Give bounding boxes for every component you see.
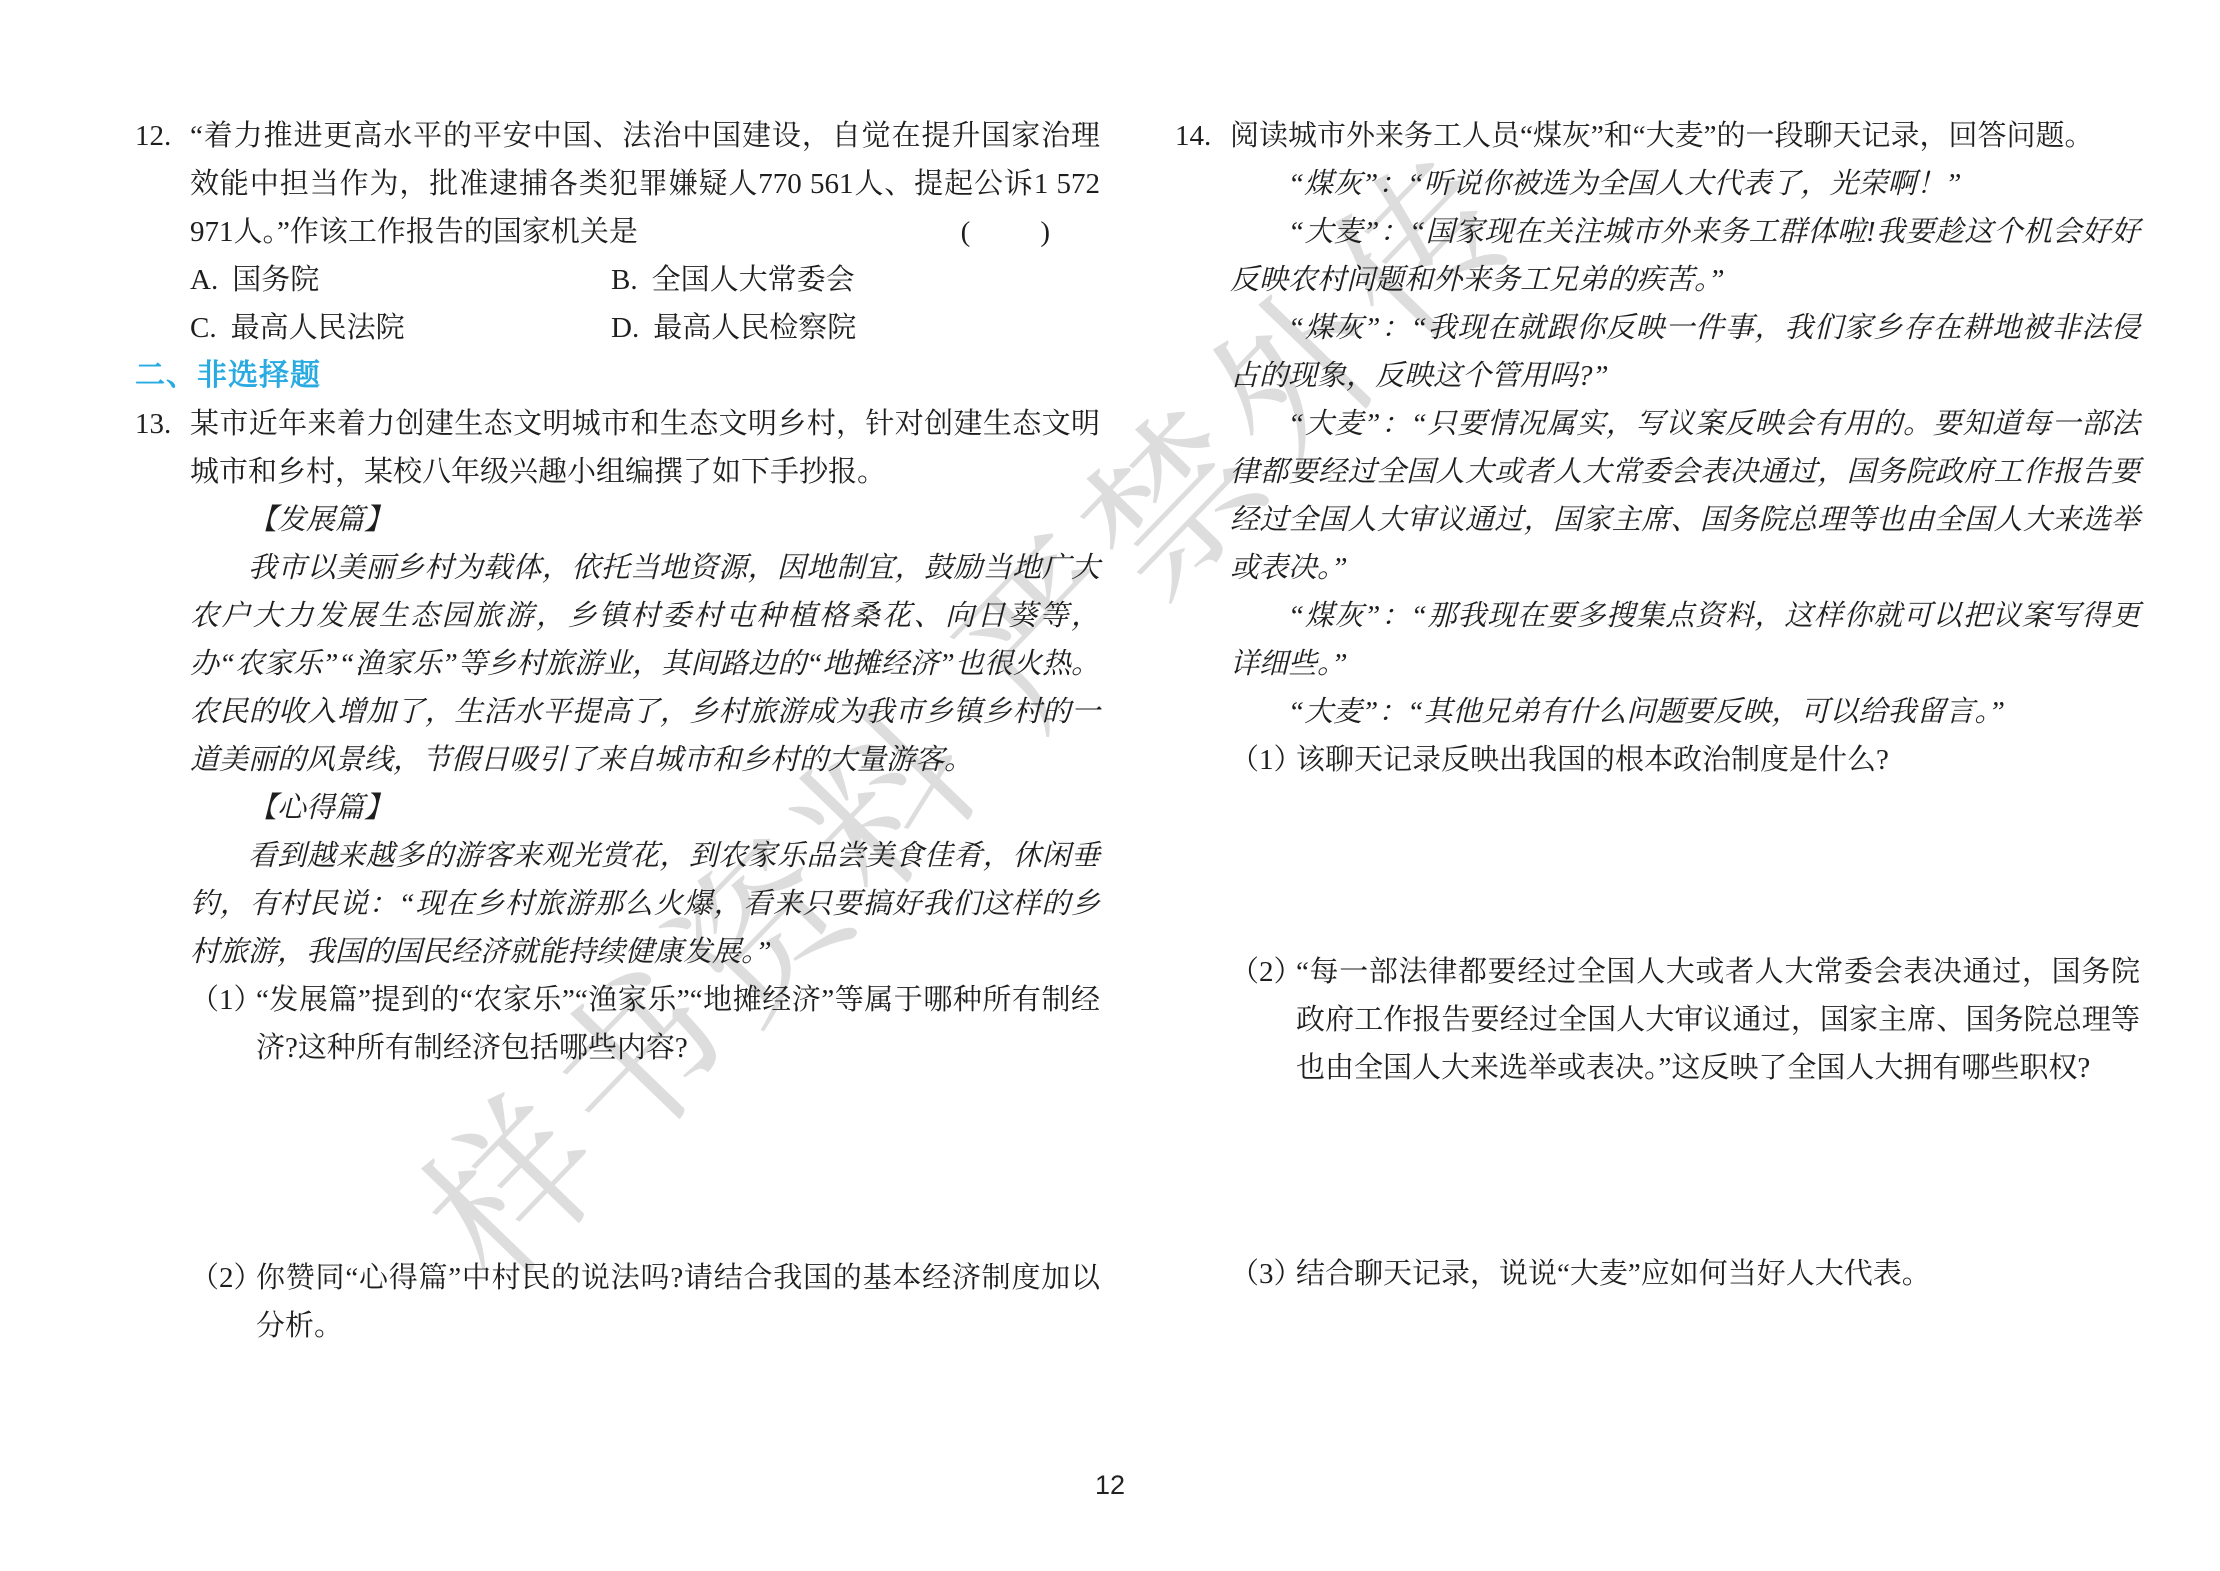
chat-line-5: “煤灰”：“那我现在要多搜集点资料，这样你就可以把议案写得更详细些。” <box>1230 592 2140 688</box>
chat-line-1: “煤灰”：“听说你被选为全国人大代表了，光荣啊！” <box>1230 160 2140 208</box>
option-a: A.国务院 <box>190 256 611 304</box>
question-12: 12. “着力推进更高水平的平安中国、法治中国建设，自觉在提升国家治理效能中担当… <box>135 112 1100 352</box>
question-13: 13. 某市近年来着力创建生态文明城市和生态文明乡村，针对创建生态文明城市和乡村… <box>135 400 1100 1350</box>
question-13-sub-1-number: （1） <box>190 976 263 1024</box>
question-13-body: 某市近年来着力创建生态文明城市和生态文明乡村，针对创建生态文明城市和乡村，某校八… <box>190 400 1100 1350</box>
question-13-number: 13. <box>135 400 189 448</box>
option-c-label: C. <box>190 304 217 352</box>
option-a-label: A. <box>190 256 218 304</box>
question-14-number: 14. <box>1175 112 1229 160</box>
question-14-body: 阅读城市外来务工人员“煤灰”和“大麦”的一段聊天记录，回答问题。 “煤灰”：“听… <box>1230 112 2140 1298</box>
chat-line-4: “大麦”：“只要情况属实，写议案反映会有用的。要知道每一部法律都要经过全国人大或… <box>1230 400 2140 592</box>
question-14-sub-2-text: “每一部法律都要经过全国人大或者人大常委会表决通过，国务院政府工作报告要经过全国… <box>1296 956 2140 1084</box>
question-14-sub-2: （2） “每一部法律都要经过全国人大或者人大常委会表决通过，国务院政府工作报告要… <box>1230 948 2140 1092</box>
reflection-section-heading: 【心得篇】 <box>248 784 1100 832</box>
option-a-text: 国务院 <box>232 264 319 296</box>
development-section-heading: 【发展篇】 <box>248 496 1100 544</box>
question-13-sub-2-number: （2） <box>190 1254 263 1302</box>
left-column: 12. “着力推进更高水平的平安中国、法治中国建设，自觉在提升国家治理效能中担当… <box>135 112 1100 1350</box>
answer-bracket: ( ) <box>961 208 1054 256</box>
development-section-paragraph: 我市以美丽乡村为载体，依托当地资源，因地制宜，鼓励当地广大农户大力发展生态园旅游… <box>190 544 1100 784</box>
question-13-sub-2-text: 你赞同“心得篇”中村民的说法吗?请结合我国的基本经济制度加以分析。 <box>256 1262 1100 1342</box>
section-2-header: 二、非选择题 <box>135 352 1100 400</box>
question-14-sub-1-number: （1） <box>1230 736 1303 784</box>
exam-page: 样书资料 严禁外传 12. “着力推进更高水平的平安中国、法治中国建设，自觉在提… <box>0 0 2220 1571</box>
question-13-sub-1-text: “发展篇”提到的“农家乐”“渔家乐”“地摊经济”等属于哪种所有制经济?这种所有制… <box>256 984 1100 1064</box>
option-d-text: 最高人民检察院 <box>653 312 856 344</box>
page-number: 12 <box>0 1461 2220 1509</box>
reflection-section-paragraph: 看到越来越多的游客来观光赏花，到农家乐品尝美食佳肴，休闲垂钓，有村民说：“现在乡… <box>190 832 1100 976</box>
option-b-text: 全国人大常委会 <box>652 264 855 296</box>
chat-line-3: “煤灰”：“我现在就跟你反映一件事，我们家乡存在耕地被非法侵占的现象，反映这个管… <box>1230 304 2140 400</box>
question-12-stem: “着力推进更高水平的平安中国、法治中国建设，自觉在提升国家治理效能中担当作为，批… <box>190 112 1100 256</box>
question-12-number: 12. <box>135 112 189 160</box>
question-14-sub-2-number: （2） <box>1230 948 1303 996</box>
option-b-label: B. <box>611 256 638 304</box>
option-d-label: D. <box>611 304 639 352</box>
question-14: 14. 阅读城市外来务工人员“煤灰”和“大麦”的一段聊天记录，回答问题。 “煤灰… <box>1175 112 2140 1298</box>
question-12-options: A.国务院 B.全国人大常委会 C.最高人民法院 D.最高人民检察院 <box>190 256 1100 352</box>
chat-line-6: “大麦”：“其他兄弟有什么问题要反映，可以给我留言。” <box>1230 688 2140 736</box>
question-14-sub-3: （3） 结合聊天记录，说说“大麦”应如何当好人大代表。 <box>1230 1250 2140 1298</box>
option-d: D.最高人民检察院 <box>611 304 1100 352</box>
question-13-stem: 某市近年来着力创建生态文明城市和生态文明乡村，针对创建生态文明城市和乡村，某校八… <box>190 400 1100 496</box>
question-13-sub-2: （2） 你赞同“心得篇”中村民的说法吗?请结合我国的基本经济制度加以分析。 <box>190 1254 1100 1350</box>
chat-line-2: “大麦”：“国家现在关注城市外来务工群体啦!我要趁这个机会好好反映农村问题和外来… <box>1230 208 2140 304</box>
question-14-sub-1-text: 该聊天记录反映出我国的根本政治制度是什么? <box>1296 744 1889 776</box>
option-c-text: 最高人民法院 <box>231 312 405 344</box>
right-column: 14. 阅读城市外来务工人员“煤灰”和“大麦”的一段聊天记录，回答问题。 “煤灰… <box>1175 112 2140 1298</box>
question-12-body: “着力推进更高水平的平安中国、法治中国建设，自觉在提升国家治理效能中担当作为，批… <box>190 112 1100 352</box>
option-b: B.全国人大常委会 <box>611 256 1100 304</box>
question-14-sub-3-text: 结合聊天记录，说说“大麦”应如何当好人大代表。 <box>1296 1258 1931 1290</box>
option-c: C.最高人民法院 <box>190 304 611 352</box>
question-14-sub-1: （1） 该聊天记录反映出我国的根本政治制度是什么? <box>1230 736 2140 784</box>
question-13-sub-1: （1） “发展篇”提到的“农家乐”“渔家乐”“地摊经济”等属于哪种所有制经济?这… <box>190 976 1100 1072</box>
question-14-sub-3-number: （3） <box>1230 1250 1303 1298</box>
question-14-stem: 阅读城市外来务工人员“煤灰”和“大麦”的一段聊天记录，回答问题。 <box>1230 112 2140 160</box>
